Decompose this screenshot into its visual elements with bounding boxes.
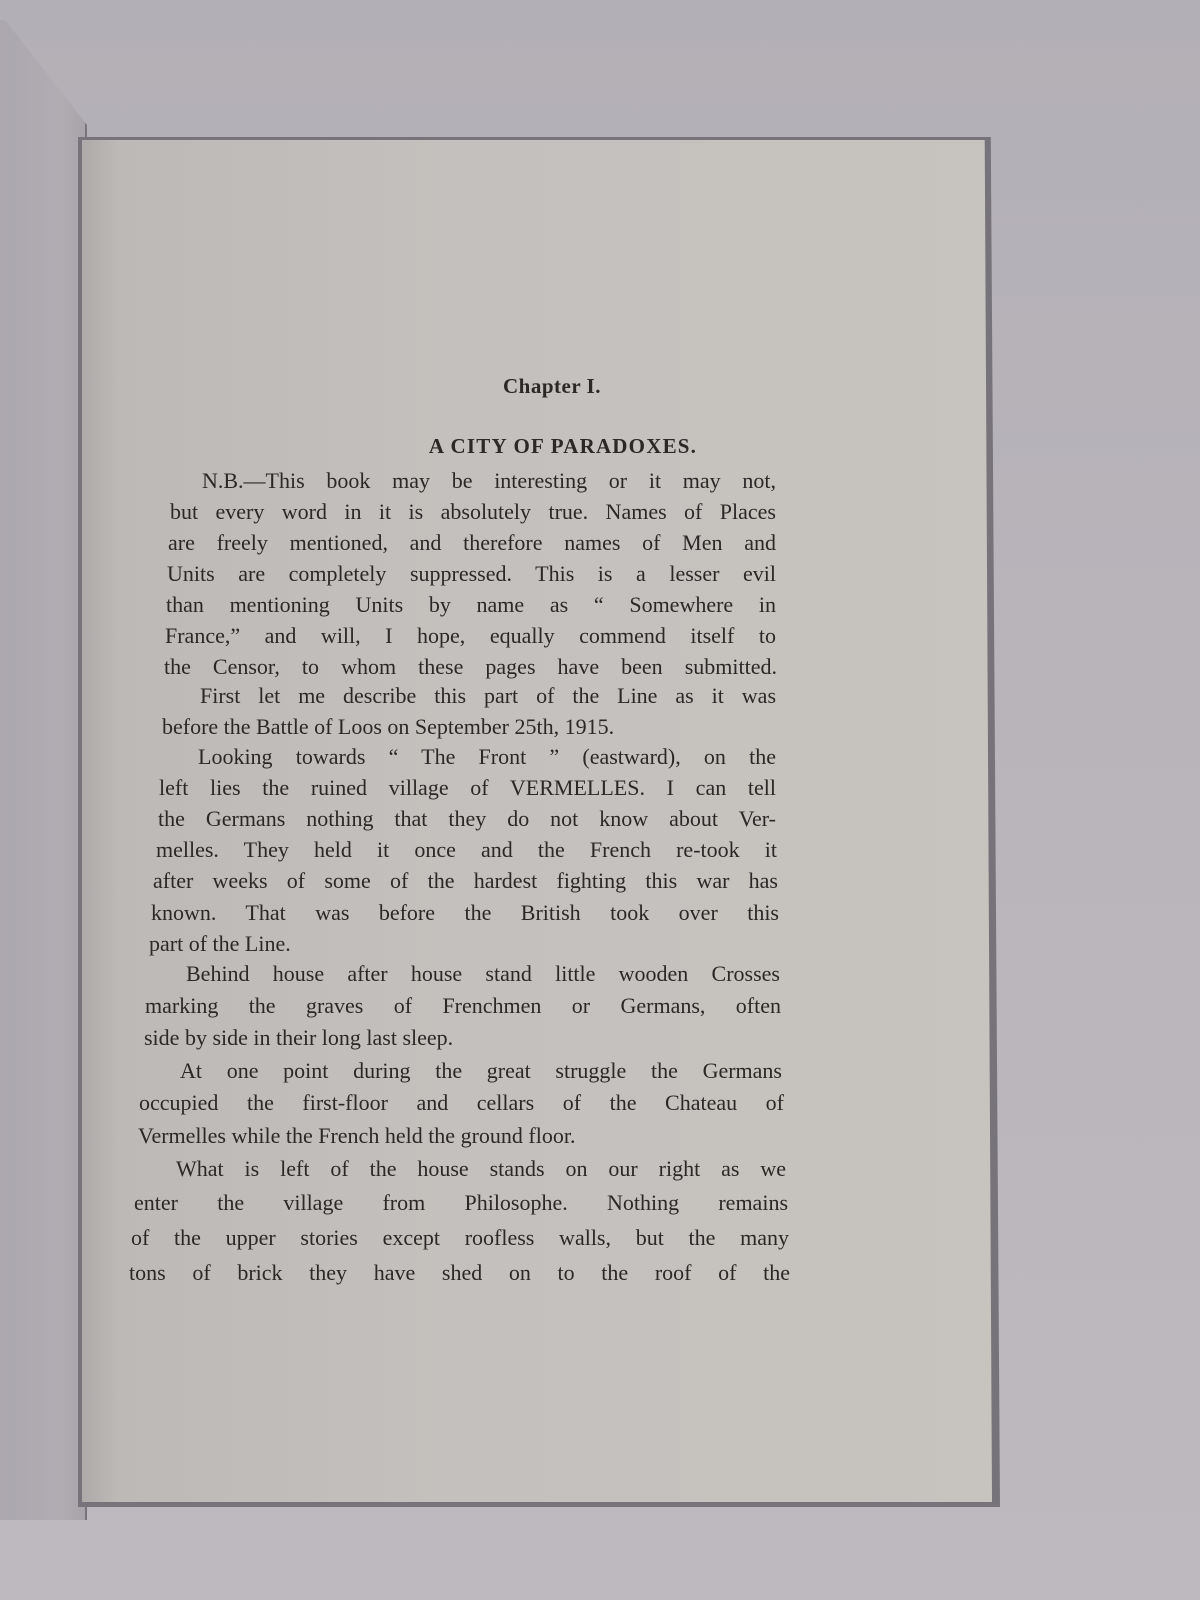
- text-line: but every word in it is absolutely true.…: [170, 501, 776, 523]
- text-line: the Germans nothing that they do not kno…: [158, 808, 776, 830]
- text-line: First let me describe this part of the L…: [200, 685, 776, 707]
- page-text: Chapter I. A CITY OF PARADOXES. N.B.—Thi…: [82, 140, 992, 1502]
- book-page: Chapter I. A CITY OF PARADOXES. N.B.—Thi…: [82, 140, 992, 1502]
- text-line: enter the village from Philosophe. Nothi…: [134, 1192, 788, 1214]
- text-line: melles. They held it once and the French…: [156, 839, 777, 861]
- text-line: side by side in their long last sleep.: [144, 1027, 544, 1049]
- text-line: known. That was before the British took …: [151, 902, 779, 924]
- text-line: part of the Line.: [149, 933, 349, 955]
- text-line: after weeks of some of the hardest fight…: [153, 870, 778, 892]
- text-line: marking the graves of Frenchmen or Germa…: [145, 995, 781, 1017]
- text-line: Units are completely suppressed. This is…: [167, 563, 776, 585]
- text-line: left lies the ruined village of VERMELLE…: [159, 777, 776, 799]
- text-line: France,” and will, I hope, equally comme…: [165, 625, 776, 647]
- text-line: than mentioning Units by name as “ Somew…: [166, 594, 776, 616]
- text-line: N.B.—This book may be interesting or it …: [202, 470, 776, 492]
- chapter-title: A CITY OF PARADOXES.: [82, 434, 992, 459]
- text-line: are freely mentioned, and therefore name…: [168, 532, 776, 554]
- text-line: before the Battle of Loos on September 2…: [162, 716, 734, 738]
- text-line: What is left of the house stands on our …: [176, 1158, 786, 1180]
- left-facing-page: [0, 20, 87, 1520]
- chapter-label: Chapter I.: [82, 374, 992, 399]
- text-line: Vermelles while the French held the grou…: [138, 1125, 698, 1147]
- text-line: the Censor, to whom these pages have bee…: [164, 656, 777, 678]
- text-line: Looking towards “ The Front ” (eastward)…: [198, 746, 776, 768]
- text-line: occupied the first-floor and cellars of …: [139, 1092, 784, 1114]
- text-line: At one point during the great struggle t…: [180, 1060, 782, 1082]
- text-line: tons of brick they have shed on to the r…: [129, 1262, 790, 1284]
- text-line: of the upper stories except roofless wal…: [131, 1227, 789, 1249]
- text-line: Behind house after house stand little wo…: [186, 963, 780, 985]
